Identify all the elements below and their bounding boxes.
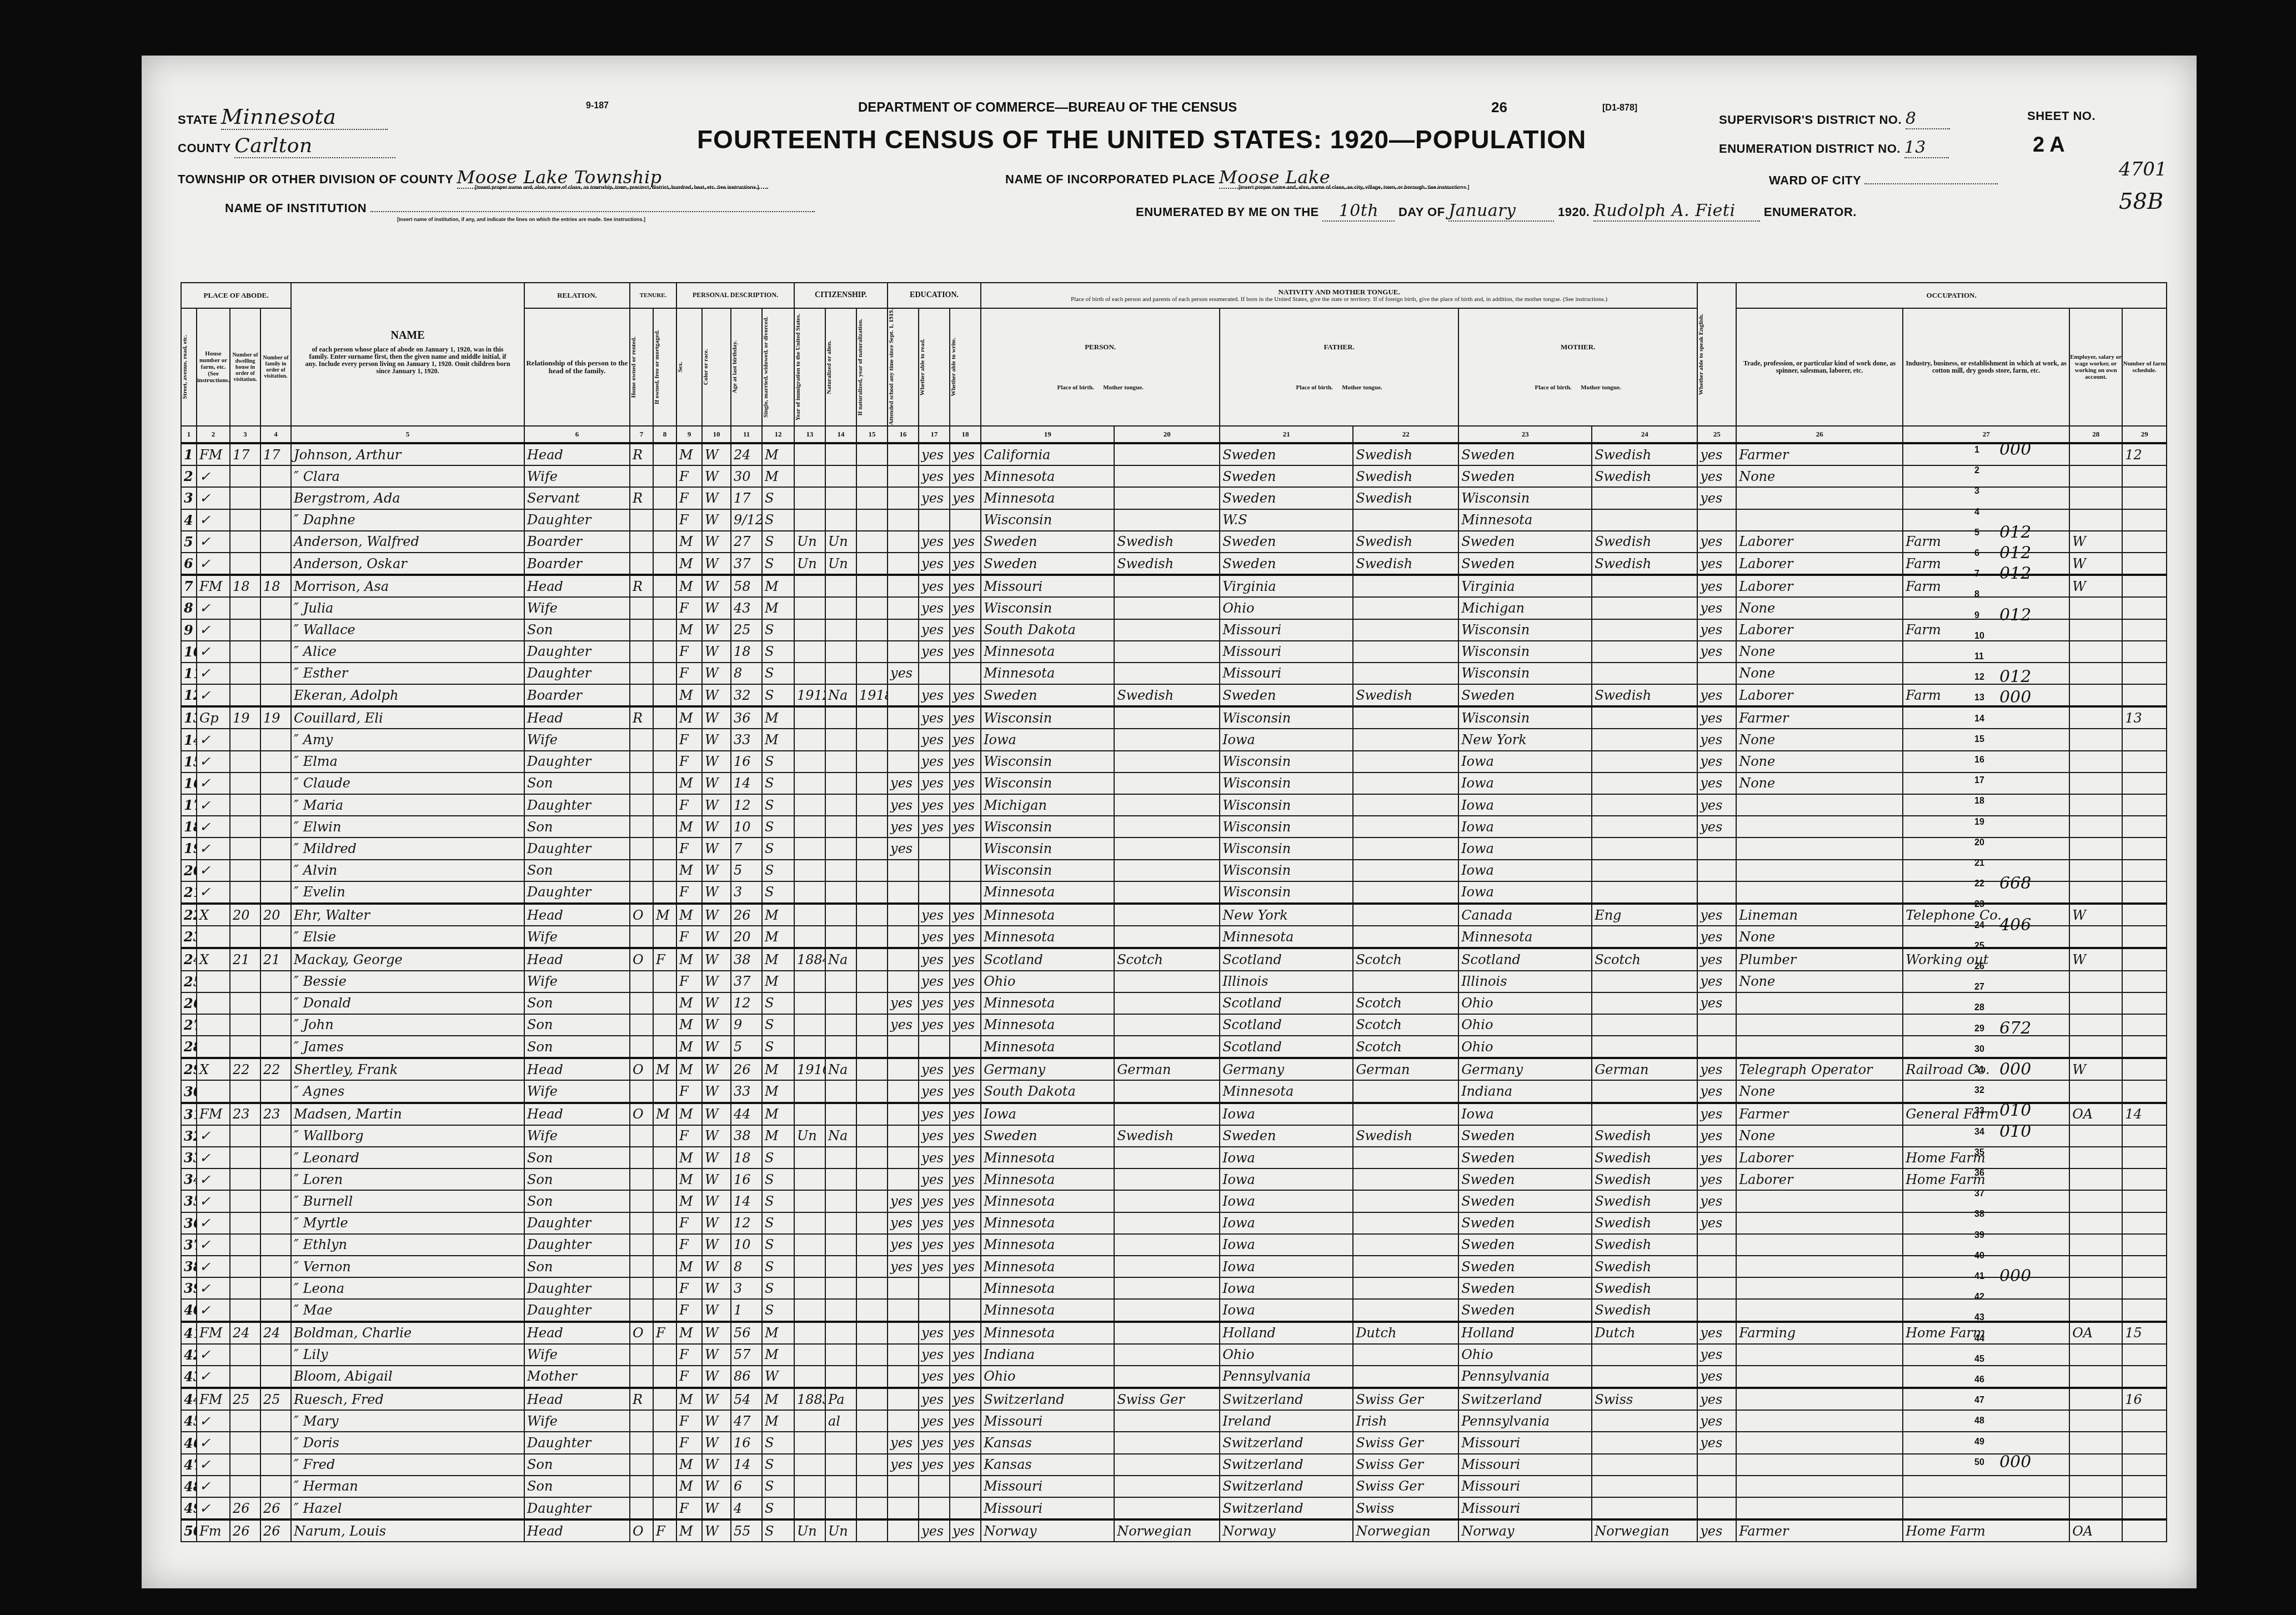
home-tenure-cell — [630, 1036, 653, 1058]
race-cell: W — [702, 1103, 731, 1125]
table-row: 21✓″ EvelinDaughterFW3SMinnesotaWisconsi… — [181, 881, 2167, 904]
street-cell: ✓ — [197, 553, 230, 575]
mother-tongue-cell: German — [1114, 1058, 1220, 1080]
read-cell: yes — [919, 904, 950, 926]
right-line-number: 26 — [1974, 962, 1984, 972]
mother-birthplace-cell: Sweden — [1458, 443, 1592, 465]
township-hint: [Insert proper name and, also, name of c… — [475, 184, 759, 190]
line-number: 48 — [181, 1476, 197, 1497]
farm-schedule-cell — [2122, 948, 2167, 970]
school-cell — [888, 619, 919, 641]
father-tongue-cell: Norwegian — [1353, 1519, 1458, 1542]
mother-birthplace-cell: Sweden — [1458, 1277, 1592, 1299]
right-line-number: 9 — [1974, 611, 1979, 621]
naturalized-cell — [825, 729, 856, 750]
immigration-year-cell — [794, 1322, 825, 1344]
marital-cell: M — [762, 729, 794, 750]
farm-schedule-cell — [2122, 597, 2167, 619]
home-tenure-cell — [630, 1190, 653, 1212]
line-number: 13 — [181, 706, 197, 729]
read-cell: yes — [919, 751, 950, 773]
home-tenure-cell: R — [630, 575, 653, 597]
mother-tongue-cell — [1114, 1080, 1220, 1102]
line-number: 35 — [181, 1190, 197, 1212]
race-cell: W — [702, 1147, 731, 1168]
line-number: 45 — [181, 1410, 197, 1432]
marital-cell: S — [762, 1234, 794, 1256]
home-tenure-cell — [630, 1410, 653, 1432]
naturalization-year-cell — [856, 773, 888, 794]
speaks-english-cell: yes — [1697, 1432, 1736, 1453]
industry-cell — [1903, 837, 2069, 859]
industry-cell — [1903, 860, 2069, 881]
house-number-cell — [260, 1299, 291, 1321]
house-number-cell — [260, 1168, 291, 1190]
supervisor-value: 8 — [1906, 109, 1950, 129]
line-number: 14 — [181, 729, 197, 750]
age-cell: 25 — [731, 619, 762, 641]
worker-class-cell — [2069, 794, 2122, 816]
naturalization-year-cell — [856, 1058, 888, 1080]
mother-mother-tongue-cell — [1592, 1366, 1697, 1388]
farm-schedule-cell — [2122, 881, 2167, 904]
school-cell — [888, 926, 919, 948]
birthplace-cell: Minnesota — [981, 1277, 1114, 1299]
dwelling-cell — [230, 597, 260, 619]
immigration-year-cell — [794, 1014, 825, 1036]
farm-schedule-cell — [2122, 1036, 2167, 1058]
read-cell: yes — [919, 1519, 950, 1542]
race-cell: W — [702, 1014, 731, 1036]
right-line-number: 13 — [1974, 693, 1984, 703]
speaks-english-cell: yes — [1697, 465, 1736, 487]
birthplace-cell: Wisconsin — [981, 751, 1114, 773]
farm-schedule-cell — [2122, 1168, 2167, 1190]
immigration-year-cell — [794, 773, 825, 794]
name-cell: ″ Leona — [291, 1277, 524, 1299]
father-birthplace-cell: Minnesota — [1220, 926, 1353, 948]
naturalized-cell — [825, 992, 856, 1014]
write-cell: yes — [950, 926, 981, 948]
immigration-year-cell — [794, 1212, 825, 1234]
industry-cell — [1903, 1212, 2069, 1234]
house-number-cell — [260, 860, 291, 881]
speaks-english-cell: yes — [1697, 926, 1736, 948]
col-10-header: Color or race. — [702, 308, 731, 426]
owned-free-cell — [653, 1125, 676, 1147]
trade-cell — [1736, 1476, 1903, 1497]
naturalization-year-cell — [856, 837, 888, 859]
school-cell — [888, 1410, 919, 1432]
read-cell: yes — [919, 465, 950, 487]
speaks-english-cell: yes — [1697, 1212, 1736, 1234]
naturalized-cell: Pa — [825, 1388, 856, 1410]
mother-birthplace-cell: Iowa — [1458, 751, 1592, 773]
institution-field: NAME OF INSTITUTION — [225, 201, 815, 215]
margin-note-1: 4701 — [2119, 158, 2167, 180]
read-cell: yes — [919, 971, 950, 992]
marital-cell: M — [762, 597, 794, 619]
race-cell: W — [702, 1322, 731, 1344]
owned-free-cell — [653, 860, 676, 881]
write-cell: yes — [950, 1344, 981, 1366]
age-cell: 86 — [731, 1366, 762, 1388]
mother-mother-tongue-cell: Swedish — [1592, 1299, 1697, 1321]
sex-cell: F — [676, 641, 702, 663]
immigration-year-cell — [794, 619, 825, 641]
speaks-english-cell: yes — [1697, 729, 1736, 750]
group-nativity: NATIVITY AND MOTHER TONGUE. Place of bir… — [981, 283, 1697, 308]
naturalized-cell — [825, 443, 856, 465]
mother-birthplace-cell: Sweden — [1458, 684, 1592, 706]
relation-cell: Wife — [524, 1125, 630, 1147]
trade-cell — [1736, 1014, 1903, 1036]
house-number-cell — [260, 487, 291, 509]
birthplace-cell: Minnesota — [981, 1168, 1114, 1190]
father-tongue-cell: Swiss Ger — [1353, 1476, 1458, 1497]
owned-free-cell — [653, 1168, 676, 1190]
name-cell: Morrison, Asa — [291, 575, 524, 597]
mother-tongue-cell — [1114, 1212, 1220, 1234]
age-cell: 12 — [731, 794, 762, 816]
write-cell: yes — [950, 1322, 981, 1344]
age-cell: 14 — [731, 1454, 762, 1476]
mother-mother-tongue-cell: Scotch — [1592, 948, 1697, 970]
house-number-cell — [260, 1212, 291, 1234]
father-tongue-cell — [1353, 1147, 1458, 1168]
immigration-year-cell — [794, 729, 825, 750]
owned-free-cell — [653, 1080, 676, 1102]
worker-class-cell — [2069, 1432, 2122, 1453]
age-cell: 5 — [731, 1036, 762, 1058]
sex-cell: F — [676, 729, 702, 750]
age-cell: 26 — [731, 1058, 762, 1080]
dwelling-cell — [230, 1476, 260, 1497]
write-cell — [950, 1277, 981, 1299]
industry-cell: Telephone Co. — [1903, 904, 2069, 926]
read-cell: yes — [919, 1212, 950, 1234]
home-tenure-cell — [630, 663, 653, 684]
naturalized-cell — [825, 465, 856, 487]
dwelling-cell: 22 — [230, 1058, 260, 1080]
naturalization-year-cell — [856, 487, 888, 509]
line-number: 3 — [181, 487, 197, 509]
table-row: 50Fm2626Narum, LouisHeadOFMW55SUnUnyesye… — [181, 1519, 2167, 1542]
col-2-header: House number or farm, etc. (See instruct… — [197, 308, 230, 426]
naturalized-cell: Un — [825, 553, 856, 575]
right-line-number: 33 — [1974, 1106, 1984, 1116]
write-cell: yes — [950, 684, 981, 706]
birthplace-cell: Ohio — [981, 971, 1114, 992]
read-cell: yes — [919, 1388, 950, 1410]
race-cell: W — [702, 1190, 731, 1212]
worker-class-cell — [2069, 992, 2122, 1014]
school-cell — [888, 531, 919, 553]
right-line-number: 23 — [1974, 900, 1984, 910]
write-cell: yes — [950, 1410, 981, 1432]
relation-cell: Servant — [524, 487, 630, 509]
birthplace-cell: Minnesota — [981, 1299, 1114, 1321]
write-cell: yes — [950, 531, 981, 553]
school-cell — [888, 509, 919, 531]
owned-free-cell — [653, 1454, 676, 1476]
mother-birthplace-cell: New York — [1458, 729, 1592, 750]
father-tongue-cell: Irish — [1353, 1410, 1458, 1432]
naturalized-cell — [825, 971, 856, 992]
mother-mother-tongue-cell: Swiss — [1592, 1388, 1697, 1410]
farm-schedule-cell — [2122, 1366, 2167, 1388]
birthplace-cell: Iowa — [981, 1103, 1114, 1125]
birthplace-cell: Wisconsin — [981, 773, 1114, 794]
trade-cell — [1736, 1388, 1903, 1410]
trade-cell: Laborer — [1736, 553, 1903, 575]
name-cell: ″ Ethlyn — [291, 1234, 524, 1256]
trade-cell — [1736, 1036, 1903, 1058]
speaks-english-cell: yes — [1697, 1366, 1736, 1388]
line-number: 12 — [181, 684, 197, 706]
mother-tongue-cell — [1114, 1277, 1220, 1299]
col-15-header: If naturalized, year of naturalization. — [856, 308, 888, 426]
naturalized-cell: Na — [825, 1058, 856, 1080]
owned-free-cell — [653, 881, 676, 904]
mother-tongue-cell — [1114, 465, 1220, 487]
enumeration-district: ENUMERATION DISTRICT NO. 13 — [1719, 138, 1949, 158]
home-tenure-cell — [630, 1168, 653, 1190]
relation-cell: Daughter — [524, 881, 630, 904]
mother-birthplace-cell: Pennsylvania — [1458, 1366, 1592, 1388]
father-birthplace-cell: Iowa — [1220, 1168, 1353, 1190]
owned-free-cell — [653, 1299, 676, 1321]
father-birthplace-cell: Iowa — [1220, 729, 1353, 750]
ward-label: WARD OF CITY — [1769, 173, 1861, 187]
father-tongue-cell — [1353, 971, 1458, 992]
school-cell — [888, 684, 919, 706]
trade-cell: Laborer — [1736, 575, 1903, 597]
mother-birthplace-cell: Norway — [1458, 1519, 1592, 1542]
age-cell: 8 — [731, 663, 762, 684]
race-cell: W — [702, 509, 731, 531]
mother-mother-tongue-cell — [1592, 992, 1697, 1014]
right-line-number: 11 — [1974, 652, 1984, 662]
write-cell: yes — [950, 751, 981, 773]
dwelling-cell — [230, 837, 260, 859]
mother-tongue-cell — [1114, 509, 1220, 531]
marital-cell: S — [762, 641, 794, 663]
school-cell — [888, 1519, 919, 1542]
race-cell: W — [702, 1344, 731, 1366]
race-cell: W — [702, 926, 731, 948]
dwelling-cell: 20 — [230, 904, 260, 926]
race-cell: W — [702, 1432, 731, 1453]
marital-cell: M — [762, 1410, 794, 1432]
naturalization-year-cell — [856, 1103, 888, 1125]
industry-cell — [1903, 663, 2069, 684]
marital-cell: S — [762, 663, 794, 684]
trade-cell: Farmer — [1736, 1103, 1903, 1125]
right-line-number: 7 — [1974, 569, 1979, 579]
read-cell — [919, 509, 950, 531]
read-cell — [919, 1497, 950, 1519]
name-cell: ″ Mary — [291, 1410, 524, 1432]
county-value: Carlton — [234, 134, 395, 158]
home-tenure-cell — [630, 1432, 653, 1453]
home-tenure-cell: O — [630, 904, 653, 926]
birthplace-cell: Ohio — [981, 1366, 1114, 1388]
school-cell: yes — [888, 773, 919, 794]
age-cell: 16 — [731, 1432, 762, 1453]
house-number-cell — [260, 553, 291, 575]
home-tenure-cell: R — [630, 1388, 653, 1410]
school-cell: yes — [888, 837, 919, 859]
birthplace-cell: Wisconsin — [981, 706, 1114, 729]
col-17-header: Whether able to read. — [919, 308, 950, 426]
table-row: 32✓″ WallborgWifeFW38MUnNayesyesSwedenSw… — [181, 1125, 2167, 1147]
mother-tongue-cell — [1114, 992, 1220, 1014]
naturalized-cell — [825, 641, 856, 663]
naturalized-cell — [825, 816, 856, 837]
naturalized-cell: Na — [825, 1125, 856, 1147]
worker-class-cell — [2069, 1234, 2122, 1256]
relation-cell: Daughter — [524, 794, 630, 816]
sex-cell: M — [676, 904, 702, 926]
table-row: 10✓″ AliceDaughterFW18SyesyesMinnesotaMi… — [181, 641, 2167, 663]
owned-free-cell — [653, 992, 676, 1014]
father-birthplace-cell: Iowa — [1220, 1277, 1353, 1299]
father-tongue-cell: Swedish — [1353, 1125, 1458, 1147]
race-cell: W — [702, 971, 731, 992]
dwelling-cell — [230, 926, 260, 948]
mother-birthplace-cell: Pennsylvania — [1458, 1410, 1592, 1432]
mother-mother-tongue-cell: Swedish — [1592, 1168, 1697, 1190]
industry-cell — [1903, 926, 2069, 948]
right-line-number: 17 — [1974, 776, 1984, 786]
speaks-english-cell: yes — [1697, 487, 1736, 509]
age-cell: 20 — [731, 926, 762, 948]
home-tenure-cell — [630, 597, 653, 619]
write-cell: yes — [950, 553, 981, 575]
relation-cell: Head — [524, 1103, 630, 1125]
home-tenure-cell — [630, 971, 653, 992]
write-cell: yes — [950, 948, 981, 970]
trade-cell — [1736, 1190, 1903, 1212]
name-cell: ″ Claude — [291, 773, 524, 794]
owned-free-cell — [653, 1190, 676, 1212]
naturalized-cell — [825, 1497, 856, 1519]
industry-cell: Farm — [1903, 619, 2069, 641]
line-number: 33 — [181, 1147, 197, 1168]
industry-cell — [1903, 509, 2069, 531]
right-line-number: 47 — [1974, 1396, 1984, 1406]
dwelling-cell — [230, 1366, 260, 1388]
street-cell: ✓ — [197, 465, 230, 487]
birthplace-cell: Minnesota — [981, 1036, 1114, 1058]
census-sheet: STATE Minnesota COUNTY Carlton 9-187 DEP… — [142, 56, 2197, 1588]
immigration-year-cell — [794, 1147, 825, 1168]
street-cell: ✓ — [197, 1497, 230, 1519]
farm-schedule-cell — [2122, 816, 2167, 837]
father-birthplace-cell: Minnesota — [1220, 1080, 1353, 1102]
table-row: 8✓″ JuliaWifeFW43MyesyesWisconsinOhioMic… — [181, 597, 2167, 619]
trade-cell — [1736, 816, 1903, 837]
table-row: 3✓Bergstrom, AdaServantRFW17SyesyesMinne… — [181, 487, 2167, 509]
farm-schedule-cell — [2122, 926, 2167, 948]
father-birthplace-cell: Wisconsin — [1220, 751, 1353, 773]
name-cell: ″ Bessie — [291, 971, 524, 992]
industry-cell — [1903, 1497, 2069, 1519]
age-cell: 7 — [731, 837, 762, 859]
mother-tongue-cell: Scotch — [1114, 948, 1220, 970]
owned-free-cell — [653, 1277, 676, 1299]
birthplace-cell: Missouri — [981, 1476, 1114, 1497]
farm-schedule-cell: 14 — [2122, 1103, 2167, 1125]
sex-cell: M — [676, 992, 702, 1014]
form-code: [D1-878] — [1602, 103, 1637, 113]
name-cell: ″ Herman — [291, 1476, 524, 1497]
worker-class-cell — [2069, 1190, 2122, 1212]
immigration-year-cell — [794, 597, 825, 619]
marital-cell: S — [762, 509, 794, 531]
worker-class-cell — [2069, 1080, 2122, 1102]
read-cell: yes — [919, 1454, 950, 1476]
mother-mother-tongue-cell — [1592, 881, 1697, 904]
table-row: 19✓″ MildredDaughterFW7SyesWisconsinWisc… — [181, 837, 2167, 859]
sex-cell: F — [676, 1125, 702, 1147]
write-cell — [950, 509, 981, 531]
race-cell: W — [702, 706, 731, 729]
speaks-english-cell — [1697, 1476, 1736, 1497]
relation-cell: Wife — [524, 597, 630, 619]
owned-free-cell — [653, 684, 676, 706]
marital-cell: S — [762, 619, 794, 641]
home-tenure-cell — [630, 684, 653, 706]
industry-cell — [1903, 1036, 2069, 1058]
street-cell: ✓ — [197, 1147, 230, 1168]
table-row: 40✓″ MaeDaughterFW1SMinnesotaIowaSwedenS… — [181, 1299, 2167, 1321]
industry-cell — [1903, 487, 2069, 509]
birthplace-cell: Sweden — [981, 684, 1114, 706]
mother-mother-tongue-cell: Swedish — [1592, 1147, 1697, 1168]
mother-tongue-cell — [1114, 1190, 1220, 1212]
read-cell: yes — [919, 1256, 950, 1277]
race-cell: W — [702, 1256, 731, 1277]
father-tongue-cell: Dutch — [1353, 1322, 1458, 1344]
line-number: 4 — [181, 509, 197, 531]
birthplace-cell: Indiana — [981, 1344, 1114, 1366]
sex-cell: F — [676, 1277, 702, 1299]
name-cell: Couillard, Eli — [291, 706, 524, 729]
farm-schedule-cell — [2122, 992, 2167, 1014]
house-number-cell — [260, 1277, 291, 1299]
write-cell — [950, 881, 981, 904]
dwelling-cell — [230, 729, 260, 750]
table-row: 35✓″ BurnellSonMW14SyesyesyesMinnesotaIo… — [181, 1190, 2167, 1212]
sex-cell: F — [676, 663, 702, 684]
speaks-english-cell: yes — [1697, 1168, 1736, 1190]
relation-cell: Head — [524, 948, 630, 970]
naturalized-cell — [825, 487, 856, 509]
father-birthplace-cell: Sweden — [1220, 443, 1353, 465]
farm-schedule-cell — [2122, 575, 2167, 597]
trade-cell: Farmer — [1736, 706, 1903, 729]
write-cell: yes — [950, 619, 981, 641]
name-cell: ″ James — [291, 1036, 524, 1058]
relation-cell: Head — [524, 706, 630, 729]
race-cell: W — [702, 443, 731, 465]
census-table: PLACE OF ABODE. NAME of each person whos… — [181, 282, 2167, 1542]
house-number-cell — [260, 1344, 291, 1366]
school-cell: yes — [888, 1234, 919, 1256]
mother-tongue-cell — [1114, 663, 1220, 684]
